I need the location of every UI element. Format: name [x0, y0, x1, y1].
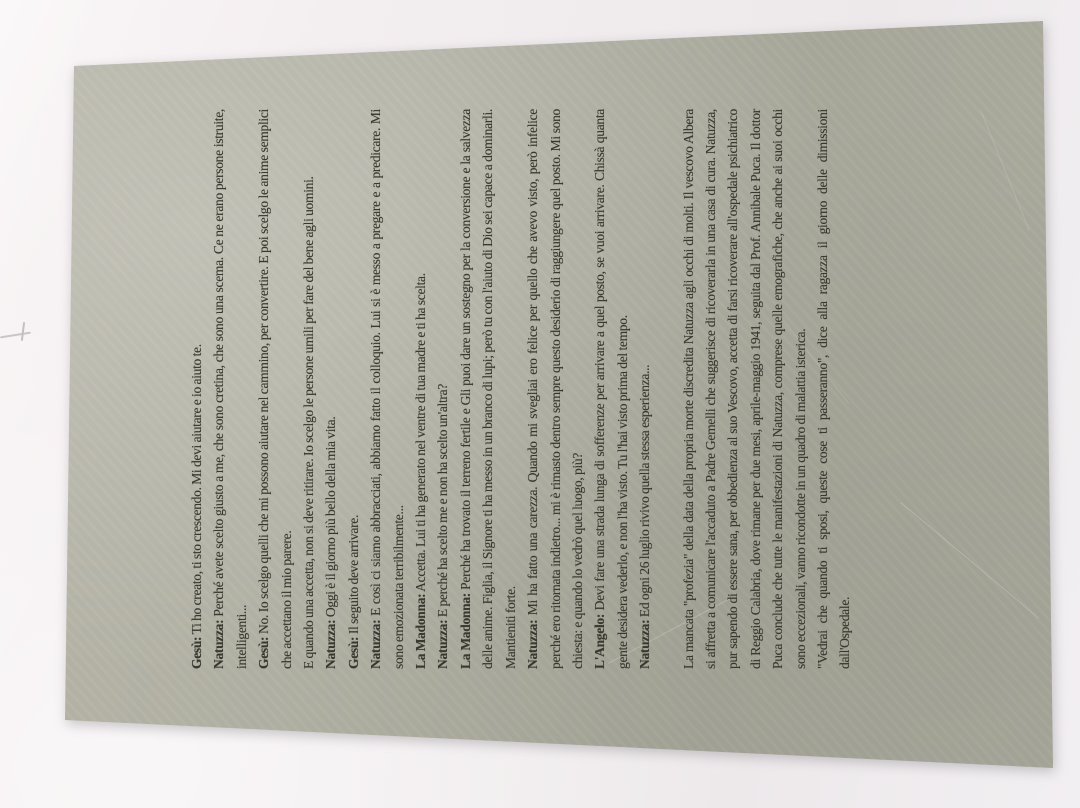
- speaker-name: Natuzza:: [435, 617, 450, 669]
- dialogue-paragraph: Gesù:Il seguito deve arrivare.: [343, 109, 365, 669]
- speaker-name: La Madonna:: [458, 590, 473, 669]
- narrative-block: La mancata "profezia" della data della p…: [678, 109, 857, 669]
- book-page: Gesù:Ti ho creato, ti sto crescendo. Mi …: [0, 0, 1080, 808]
- dialogue-paragraph: E quando una accetta, non si deve ritira…: [298, 109, 320, 669]
- narrative-paragraph: La mancata "profezia" della data della p…: [678, 109, 812, 669]
- dialogue-paragraph: Gesù:No. Io scelgo quelli che mi possono…: [253, 109, 298, 669]
- paper-scratch: [980, 110, 1030, 231]
- dialogue-paragraph: Gesù:Ti ho creato, ti sto crescendo. Mi …: [186, 109, 208, 669]
- dialogue-paragraph: La Madonna:Perché ha trovato il terreno …: [455, 109, 522, 669]
- dialogue-paragraph: Natuzza:Mi ha fatto una carezza. Quando …: [522, 109, 589, 669]
- speaker-name: L'Angelo:: [592, 610, 607, 669]
- dialogue-paragraph: Natuzza:Oggi è il giorno più bello della…: [320, 109, 342, 669]
- dialogue-paragraph: L'Angelo:Devi fare una strada lunga di s…: [589, 109, 634, 669]
- dialogue-paragraph: Natuzza:Ed ogni 26 luglio rivivo quella …: [634, 109, 656, 669]
- dialogue-block: Gesù:Ti ho creato, ti sto crescendo. Mi …: [186, 109, 657, 669]
- page-text-rotated: Gesù:Ti ho creato, ti sto crescendo. Mi …: [186, 109, 886, 669]
- speaker-name: Natuzza:: [368, 616, 383, 669]
- dialogue-paragraph: La Madonna:Accetta. Lui ti ha generato n…: [410, 109, 432, 669]
- speaker-name: Gesù:: [256, 634, 271, 669]
- speaker-name: Natuzza:: [525, 615, 540, 669]
- speaker-name: Natuzza:: [323, 617, 338, 669]
- page-shadow: Gesù:Ti ho creato, ti sto crescendo. Mi …: [0, 0, 1080, 808]
- speaker-name: La Madonna:: [413, 592, 428, 669]
- dialogue-paragraph: Natuzza:E così ci siamo abbracciati, abb…: [365, 109, 410, 669]
- dialogue-paragraph: Natuzza:E perché ha scelto me e non ha s…: [432, 109, 454, 669]
- narrative-paragraph: "Vedrai che quando ti sposi, queste cose…: [812, 109, 857, 669]
- speaker-name: Gesù:: [189, 634, 204, 669]
- paper-scratch: [901, 502, 1040, 618]
- speaker-name: Natuzza:: [637, 617, 652, 669]
- photo-of-book-page: Gesù:Ti ho creato, ti sto crescendo. Mi …: [0, 0, 1080, 808]
- speaker-name: Gesù:: [346, 634, 361, 669]
- dialogue-paragraph: Natuzza:Perché avete scelto giusto a me,…: [208, 109, 253, 669]
- speaker-name: Natuzza:: [211, 617, 226, 669]
